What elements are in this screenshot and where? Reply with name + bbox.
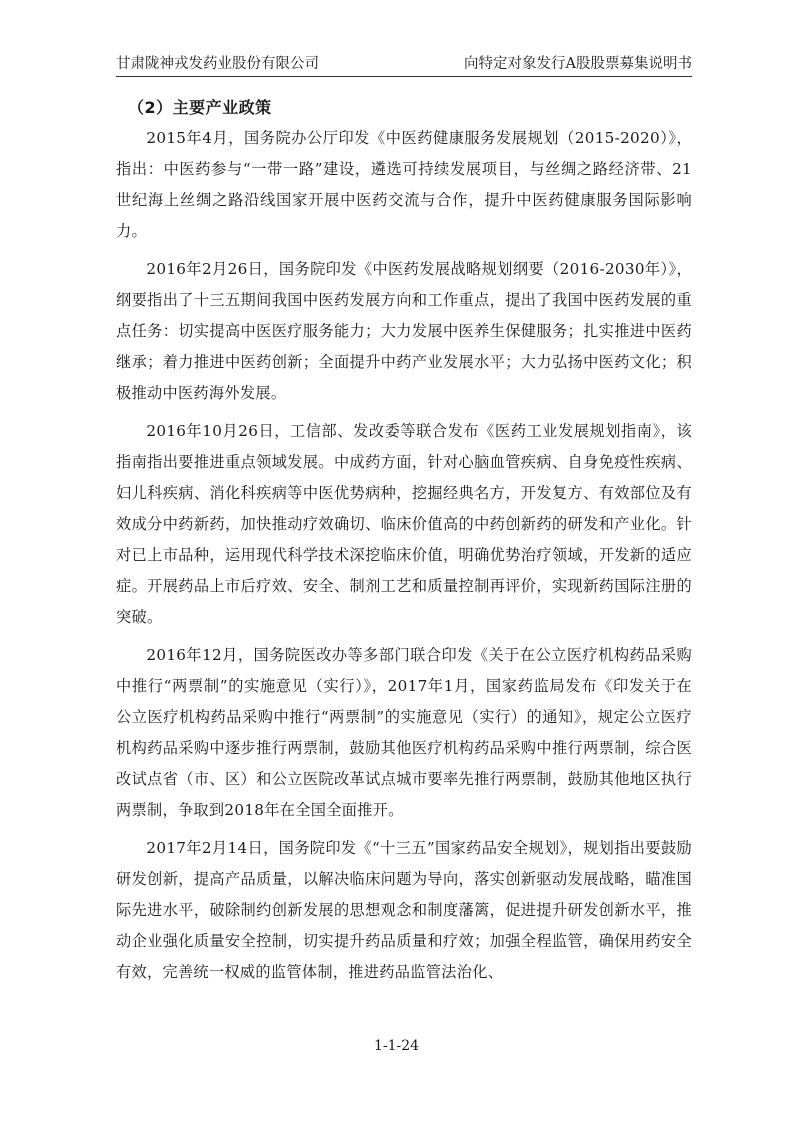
paragraph-2015-plan: 2015年4月，国务院办公厅印发《中医药健康服务发展规划（2015-2020）》… xyxy=(116,123,692,247)
paragraph-2017-drug-safety: 2017年2月14日，国务院印发《“十三五”国家药品安全规划》，规划指出要鼓励研… xyxy=(116,833,692,988)
paragraph-2016-industry-guide: 2016年10月26日，工信部、发改委等联合发布《医药工业发展规划指南》，该指南… xyxy=(116,416,692,633)
page-body: （2）主要产业政策 2015年4月，国务院办公厅印发《中医药健康服务发展规划（2… xyxy=(116,92,692,995)
paragraph-2016-strategy: 2016年2月26日，国务院印发《中医药发展战略规划纲要（2016-2030年）… xyxy=(116,254,692,409)
page-header: 甘肃陇神戎发药业股份有限公司 向特定对象发行A股股票募集说明书 xyxy=(116,50,692,77)
page-number: 1-1-24 xyxy=(0,1038,793,1054)
header-document-title: 向特定对象发行A股股票募集说明书 xyxy=(464,55,692,73)
paragraph-two-invoice-system: 2016年12月，国务院医改办等多部门联合印发《关于在公立医疗机构药品采购中推行… xyxy=(116,640,692,826)
section-title: （2）主要产业政策 xyxy=(128,92,692,123)
header-company-name: 甘肃陇神戎发药业股份有限公司 xyxy=(116,55,319,73)
